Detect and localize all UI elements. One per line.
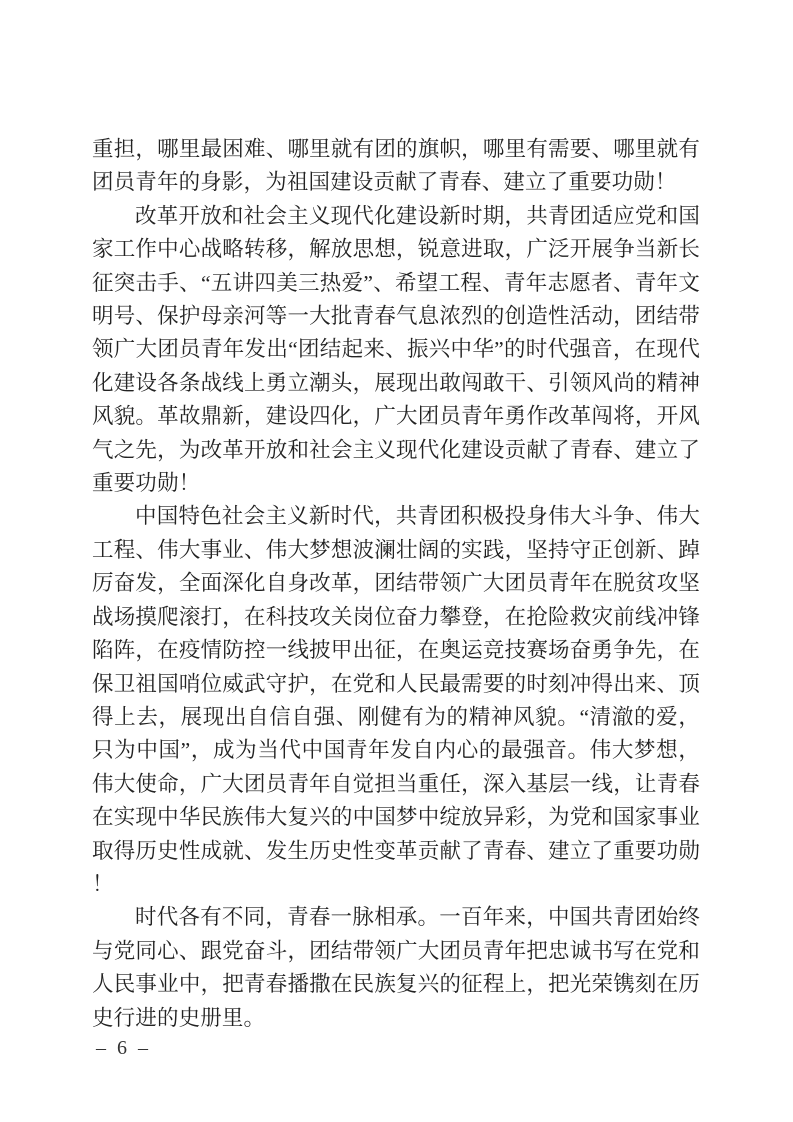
paragraph-new-era: 中国特色社会主义新时代，共青团积极投身伟大斗争、伟大工程、伟大事业、伟大梦想波澜… (92, 500, 700, 901)
paragraph-closing: 时代各有不同，青春一脉相承。一百年来，中国共青团始终与党同心、跟党奋斗，团结带领… (92, 901, 700, 1035)
paragraph-reform-era: 改革开放和社会主义现代化建设新时期，共青团适应党和国家工作中心战略转移，解放思想… (92, 200, 700, 501)
document-body: 重担，哪里最困难、哪里就有团的旗帜，哪里有需要、哪里就有团员青年的身影，为祖国建… (92, 133, 700, 1035)
paragraph-continued: 重担，哪里最困难、哪里就有团的旗帜，哪里有需要、哪里就有团员青年的身影，为祖国建… (92, 133, 700, 200)
document-page: 重担，哪里最困难、哪里就有团的旗帜，哪里有需要、哪里就有团员青年的身影，为祖国建… (0, 0, 793, 1122)
page-number: – 6 – (96, 1037, 151, 1060)
